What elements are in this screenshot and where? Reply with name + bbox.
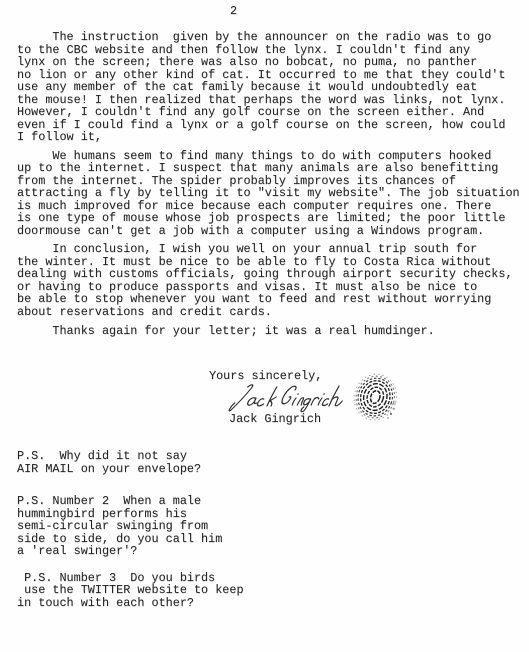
paragraph-conclusion: In conclusion, I wish you well on your a… [17,243,529,318]
handwritten-signature-icon [222,381,346,415]
paragraph-thanks: Thanks again for your letter; it was a r… [17,325,529,338]
typed-signature-name: Jack Gingrich [229,413,321,426]
page-number: 2 [230,5,529,18]
letter-page: 2 The instruction given by the announcer… [0,0,529,652]
postscript-airmail: P.S. Why did it not say AIR MAIL on your… [17,450,529,475]
paragraph-instruction-lynx: The instruction given by the announcer o… [17,31,529,144]
postscript-twitter: P.S. Number 3 Do you birds use the TWITT… [17,572,529,610]
paragraph-humans-computers: We humans seem to find many things to do… [17,150,529,238]
closing-block: Yours sincerely, [17,370,529,425]
postscript-hummingbird: P.S. Number 2 When a male hummingbird pe… [17,495,529,558]
fingerprint-smudge-icon [350,373,400,424]
